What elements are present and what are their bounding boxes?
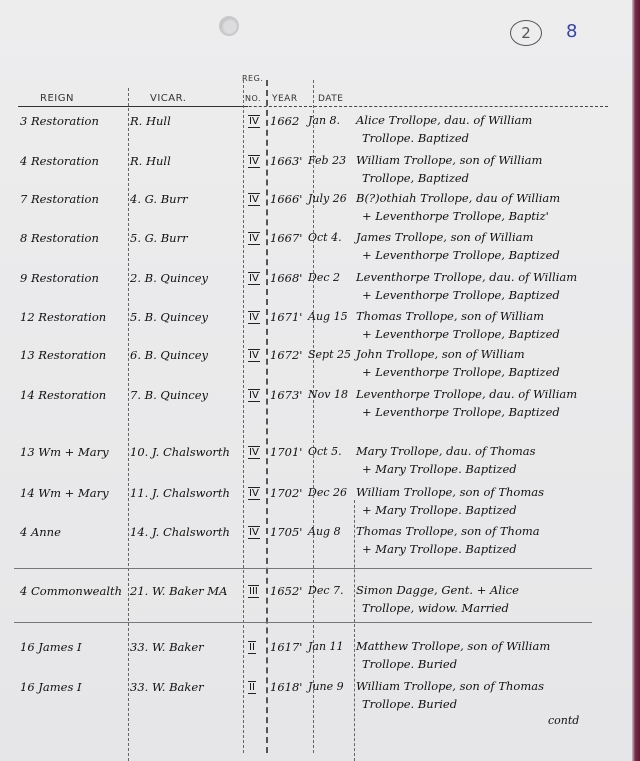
register-entry: 8 Restoration5. G. BurrIV1667'Oct 4.Jame… <box>0 227 632 267</box>
entry-text-line1: William Trollope, son of Thomas <box>356 679 544 693</box>
entry-year: 1671' <box>270 310 302 324</box>
entry-text-line2: Trollope, widow. Married <box>362 601 509 615</box>
entry-text-line2: Trollope. Buried <box>362 697 457 711</box>
entry-reign: 16 James I <box>20 680 130 694</box>
entry-text-line1: Matthew Trollope, son of William <box>356 639 550 653</box>
entry-register-no: IV <box>248 526 260 539</box>
entry-year: 1662 <box>270 114 299 128</box>
header-reg-no: NO. <box>245 94 261 103</box>
entry-text-line2: + Leventhorpe Trollope, Baptized <box>362 248 560 262</box>
entry-date: Dec 7. <box>308 584 343 597</box>
entry-text-line2: + Leventhorpe Trollope, Baptiz' <box>362 209 549 223</box>
entry-date: Nov 18 <box>308 388 348 401</box>
entry-reign: 7 Restoration <box>20 192 130 206</box>
entry-text-line1: James Trollope, son of William <box>356 230 533 244</box>
circled-page-number: 2 <box>510 20 542 46</box>
entry-date: Jan 8. <box>308 114 340 127</box>
entry-text-line1: B(?)othiah Trollope, dau of William <box>356 191 560 205</box>
register-page: 2 8 REIGN VICAR. REG. NO. YEAR DATE 3 Re… <box>0 0 632 761</box>
entry-reign: 4 Restoration <box>20 154 130 168</box>
entry-register-no: IV <box>248 193 260 206</box>
entry-register-no: II <box>248 681 256 694</box>
entry-text-line1: Thomas Trollope, son of William <box>356 309 544 323</box>
entry-vicar: 14. J. Chalsworth <box>130 525 244 539</box>
entry-year: 1672' <box>270 348 302 362</box>
section-divider-2 <box>14 622 592 623</box>
register-entry: 14 Restoration7. B. QuinceyIV1673'Nov 18… <box>0 384 632 424</box>
entry-register-no: IV <box>248 155 260 168</box>
entry-text-line1: John Trollope, son of William <box>356 347 525 361</box>
entry-reign: 12 Restoration <box>20 310 130 324</box>
entry-year: 1663' <box>270 154 302 168</box>
entry-text-line1: Thomas Trollope, son of Thoma <box>356 524 540 538</box>
entry-date: July 26 <box>308 192 347 205</box>
register-entry: 7 Restoration4. G. BurrIV1666'July 26B(?… <box>0 188 632 228</box>
register-entry: 13 Restoration6. B. QuinceyIV1672'Sept 2… <box>0 344 632 384</box>
entry-date: June 9 <box>308 680 344 693</box>
entry-text-line2: + Leventhorpe Trollope, Baptized <box>362 405 560 419</box>
entry-date: Oct 5. <box>308 445 342 458</box>
entry-date: Aug 15 <box>308 310 348 323</box>
entry-register-no: IV <box>248 232 260 245</box>
header-year: YEAR <box>272 94 298 104</box>
entry-year: 1667' <box>270 231 302 245</box>
entry-vicar: 5. G. Burr <box>130 231 244 245</box>
entry-year: 1618' <box>270 680 302 694</box>
register-entry: 16 James I33. W. BakerII1618'June 9Willi… <box>0 676 632 716</box>
entry-date: Sept 25 <box>308 348 351 361</box>
continued-note: contd <box>548 714 579 727</box>
entry-register-no: IV <box>248 115 260 128</box>
header-reg: REG. <box>242 74 263 83</box>
entry-year: 1666' <box>270 192 302 206</box>
register-entry: 9 Restoration2. B. QuinceyIV1668'Dec 2Le… <box>0 267 632 307</box>
entry-text-line2: Trollope. Baptized <box>362 131 469 145</box>
entry-vicar: 11. J. Chalsworth <box>130 486 244 500</box>
entry-reign: 4 Anne <box>20 525 130 539</box>
entry-date: Aug 8 <box>308 525 341 538</box>
entry-vicar: R. Hull <box>130 114 244 128</box>
entry-date: Oct 4. <box>308 231 342 244</box>
entry-date: Jan 11 <box>308 640 344 653</box>
entry-vicar: 7. B. Quincey <box>130 388 244 402</box>
entry-year: 1673' <box>270 388 302 402</box>
header-date: DATE <box>318 94 343 104</box>
entry-reign: 13 Wm + Mary <box>20 445 130 459</box>
entry-vicar: 2. B. Quincey <box>130 271 244 285</box>
register-entry: 4 RestorationR. HullIV1663'Feb 23William… <box>0 150 632 190</box>
entry-register-no: IV <box>248 389 260 402</box>
entry-register-no: IV <box>248 272 260 285</box>
entry-text-line2: + Leventhorpe Trollope, Baptized <box>362 365 560 379</box>
blue-page-number: 8 <box>566 21 577 42</box>
entry-year: 1702' <box>270 486 302 500</box>
entry-text-line1: William Trollope, son of Thomas <box>356 485 544 499</box>
entry-reign: 14 Restoration <box>20 388 130 402</box>
entry-register-no: IV <box>248 487 260 500</box>
entry-text-line2: + Mary Trollope. Baptized <box>362 503 517 517</box>
entry-text-line2: + Mary Trollope. Baptized <box>362 462 517 476</box>
entry-year: 1617' <box>270 640 302 654</box>
entry-vicar: 5. B. Quincey <box>130 310 244 324</box>
entry-year: 1705' <box>270 525 302 539</box>
entry-register-no: IV <box>248 349 260 362</box>
entry-vicar: R. Hull <box>130 154 244 168</box>
entry-vicar: 10. J. Chalsworth <box>130 445 244 459</box>
background-edge <box>632 0 640 761</box>
entry-date: Dec 2 <box>308 271 340 284</box>
entry-text-line1: Mary Trollope, dau. of Thomas <box>356 444 536 458</box>
entry-register-no: II <box>248 641 256 654</box>
entry-text-line2: Trollope. Buried <box>362 657 457 671</box>
entry-reign: 4 Commonwealth <box>20 584 130 598</box>
entry-vicar: 4. G. Burr <box>130 192 244 206</box>
entry-text-line1: Simon Dagge, Gent. + Alice <box>356 583 519 597</box>
entry-vicar: 6. B. Quincey <box>130 348 244 362</box>
entry-year: 1652' <box>270 584 302 598</box>
entry-year: 1668' <box>270 271 302 285</box>
entry-reign: 13 Restoration <box>20 348 130 362</box>
punch-hole <box>219 16 239 36</box>
header-reign: REIGN <box>40 93 74 104</box>
entry-year: 1701' <box>270 445 302 459</box>
entry-vicar: 33. W. Baker <box>130 680 244 694</box>
entry-date: Dec 26 <box>308 486 347 499</box>
register-entry: 16 James I33. W. BakerII1617'Jan 11Matth… <box>0 636 632 676</box>
header-underline-solid <box>18 106 248 107</box>
entry-reign: 16 James I <box>20 640 130 654</box>
entry-text-line2: + Leventhorpe Trollope, Baptized <box>362 288 560 302</box>
entry-register-no: IV <box>248 446 260 459</box>
entry-reign: 9 Restoration <box>20 271 130 285</box>
entry-date: Feb 23 <box>308 154 346 167</box>
header-vicar: VICAR. <box>150 93 186 104</box>
entry-text-line1: Alice Trollope, dau. of William <box>356 113 532 127</box>
entry-text-line2: + Mary Trollope. Baptized <box>362 542 517 556</box>
entry-text-line1: Leventhorpe Trollope, dau. of William <box>356 270 577 284</box>
register-entry: 12 Restoration5. B. QuinceyIV1671'Aug 15… <box>0 306 632 346</box>
entry-vicar: 21. W. Baker MA <box>130 584 244 598</box>
register-entry: 4 Commonwealth21. W. Baker MAIII1652'Dec… <box>0 580 632 620</box>
section-divider-1 <box>14 568 592 569</box>
entry-reign: 14 Wm + Mary <box>20 486 130 500</box>
register-entry: 14 Wm + Mary11. J. ChalsworthIV1702'Dec … <box>0 482 632 522</box>
entry-text-line1: Leventhorpe Trollope, dau. of William <box>356 387 577 401</box>
entry-register-no: IV <box>248 311 260 324</box>
entry-text-line2: Trollope, Baptized <box>362 171 469 185</box>
entry-reign: 8 Restoration <box>20 231 130 245</box>
entry-text-line2: + Leventhorpe Trollope, Baptized <box>362 327 560 341</box>
entry-text-line1: William Trollope, son of William <box>356 153 542 167</box>
register-entry: 4 Anne14. J. ChalsworthIV1705'Aug 8Thoma… <box>0 521 632 561</box>
register-entry: 13 Wm + Mary10. J. ChalsworthIV1701'Oct … <box>0 441 632 481</box>
entry-reign: 3 Restoration <box>20 114 130 128</box>
entry-register-no: III <box>248 585 259 598</box>
register-entry: 3 RestorationR. HullIV1662Jan 8.Alice Tr… <box>0 110 632 150</box>
entry-vicar: 33. W. Baker <box>130 640 244 654</box>
